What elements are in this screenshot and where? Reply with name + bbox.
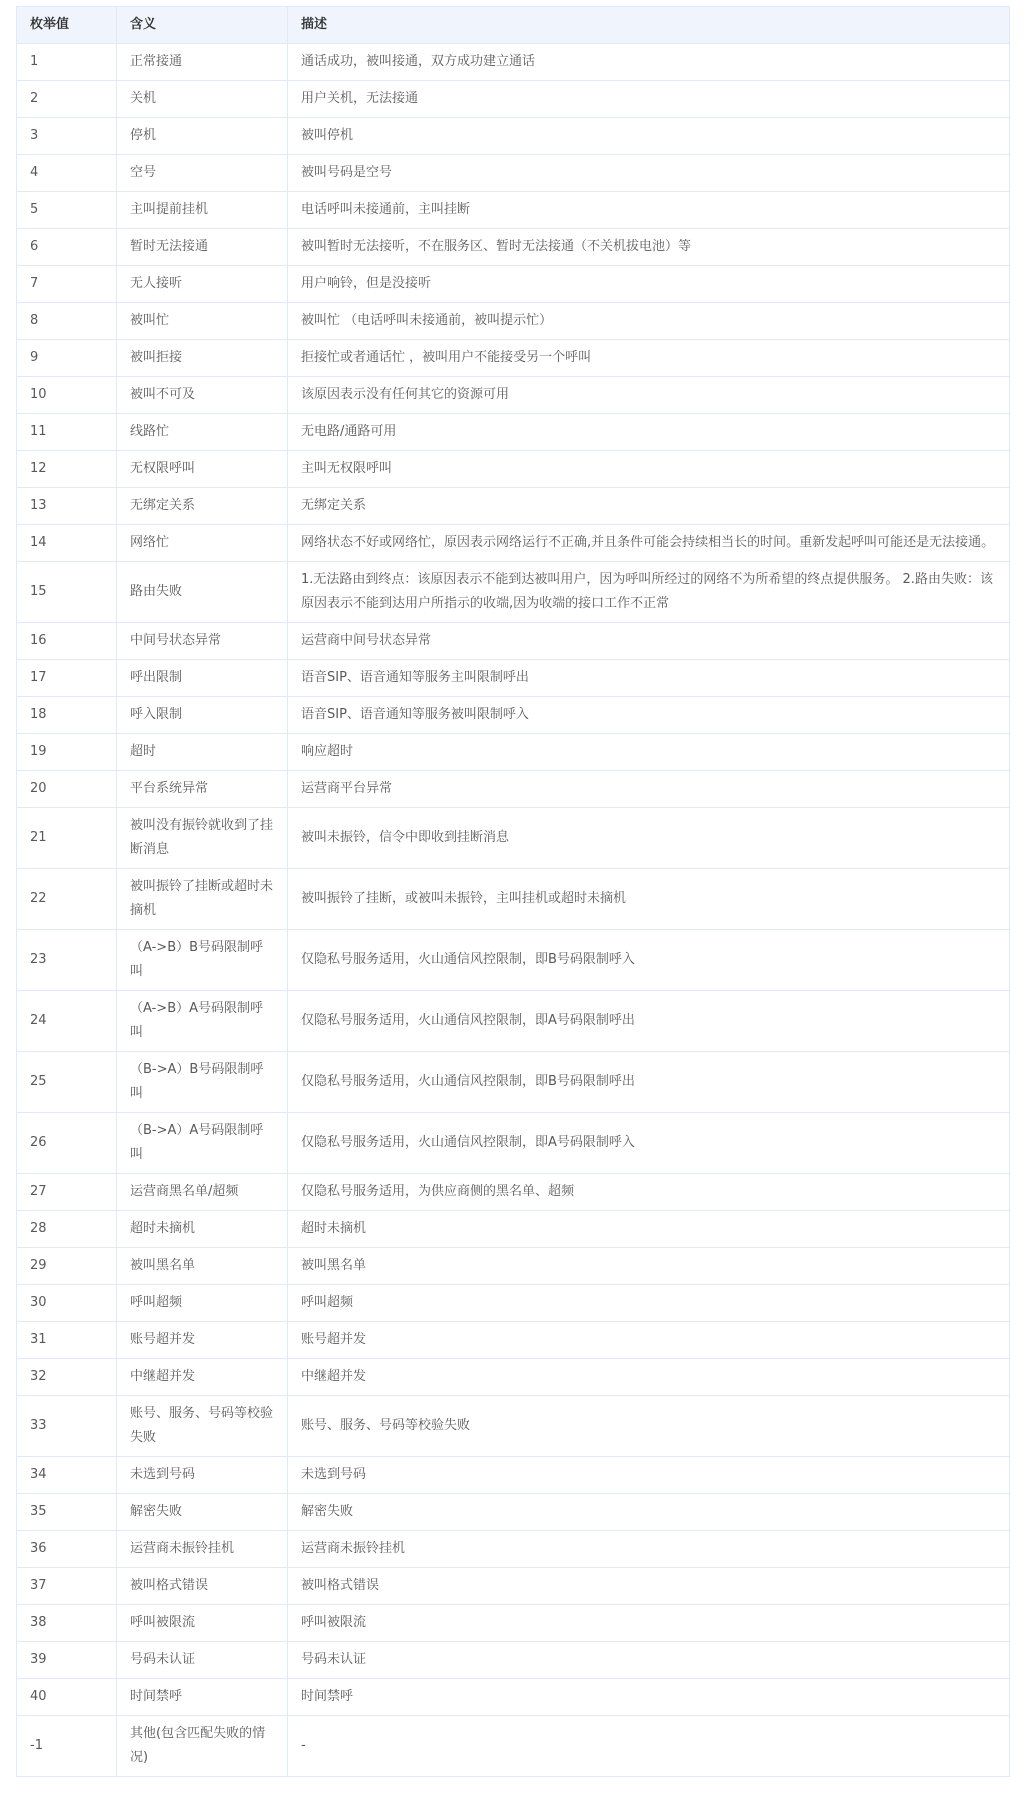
- cell-meaning: 时间禁呼: [117, 1679, 288, 1716]
- cell-enum-value: 37: [17, 1568, 117, 1605]
- cell-meaning: 呼入限制: [117, 697, 288, 734]
- table-row: 27运营商黑名单/超频仅隐私号服务适用，为供应商侧的黑名单、超频: [17, 1174, 1010, 1211]
- cell-enum-value: 40: [17, 1679, 117, 1716]
- table-row: 18呼入限制语音SIP、语音通知等服务被叫限制呼入: [17, 697, 1010, 734]
- cell-enum-value: 13: [17, 488, 117, 525]
- cell-enum-value: 5: [17, 192, 117, 229]
- table-row: 23（A->B）B号码限制呼叫仅隐私号服务适用，火山通信风控限制，即B号码限制呼…: [17, 930, 1010, 991]
- cell-enum-value: 21: [17, 808, 117, 869]
- cell-enum-value: 31: [17, 1322, 117, 1359]
- cell-meaning: 呼叫超频: [117, 1285, 288, 1322]
- cell-enum-value: 24: [17, 991, 117, 1052]
- cell-meaning: 账号超并发: [117, 1322, 288, 1359]
- table-row: 37被叫格式错误被叫格式错误: [17, 1568, 1010, 1605]
- call-result-enum-table: 枚举值 含义 描述 1正常接通通话成功，被叫接通，双方成功建立通话2关机用户关机…: [16, 6, 1010, 1777]
- cell-meaning: 被叫拒接: [117, 340, 288, 377]
- table-row: 21被叫没有振铃就收到了挂断消息被叫未振铃，信令中即收到挂断消息: [17, 808, 1010, 869]
- cell-enum-value: -1: [17, 1716, 117, 1777]
- table-row: 32中继超并发中继超并发: [17, 1359, 1010, 1396]
- cell-enum-value: 28: [17, 1211, 117, 1248]
- table-row: 14网络忙网络状态不好或网络忙，原因表示网络运行不正确,并且条件可能会持续相当长…: [17, 525, 1010, 562]
- cell-meaning: 空号: [117, 155, 288, 192]
- cell-description: 呼叫被限流: [288, 1605, 1010, 1642]
- table-row: 34未选到号码未选到号码: [17, 1457, 1010, 1494]
- cell-description: 运营商中间号状态异常: [288, 623, 1010, 660]
- cell-enum-value: 2: [17, 81, 117, 118]
- table-row: 1正常接通通话成功，被叫接通，双方成功建立通话: [17, 44, 1010, 81]
- cell-enum-value: 36: [17, 1531, 117, 1568]
- table-row: 39号码未认证号码未认证: [17, 1642, 1010, 1679]
- cell-description: 1.无法路由到终点：该原因表示不能到达被叫用户，因为呼叫所经过的网络不为所希望的…: [288, 562, 1010, 623]
- table-row: 29被叫黑名单被叫黑名单: [17, 1248, 1010, 1285]
- cell-description: 仅隐私号服务适用，火山通信风控限制，即B号码限制呼出: [288, 1052, 1010, 1113]
- cell-description: 号码未认证: [288, 1642, 1010, 1679]
- table-row: 40时间禁呼时间禁呼: [17, 1679, 1010, 1716]
- cell-meaning: 无权限呼叫: [117, 451, 288, 488]
- table-row: 7无人接听用户响铃，但是没接听: [17, 266, 1010, 303]
- header-row: 枚举值 含义 描述: [17, 7, 1010, 44]
- cell-enum-value: 17: [17, 660, 117, 697]
- table-row: 6暂时无法接通被叫暂时无法接听，不在服务区、暂时无法接通（不关机拔电池）等: [17, 229, 1010, 266]
- table-row: 38呼叫被限流呼叫被限流: [17, 1605, 1010, 1642]
- header-meaning: 含义: [117, 7, 288, 44]
- cell-meaning: 被叫格式错误: [117, 1568, 288, 1605]
- cell-description: 时间禁呼: [288, 1679, 1010, 1716]
- table-row: 16中间号状态异常运营商中间号状态异常: [17, 623, 1010, 660]
- cell-meaning: 线路忙: [117, 414, 288, 451]
- cell-description: 运营商未振铃挂机: [288, 1531, 1010, 1568]
- cell-description: 超时未摘机: [288, 1211, 1010, 1248]
- cell-enum-value: 3: [17, 118, 117, 155]
- cell-enum-value: 35: [17, 1494, 117, 1531]
- table-row: 33账号、服务、号码等校验失败账号、服务、号码等校验失败: [17, 1396, 1010, 1457]
- cell-meaning: 解密失败: [117, 1494, 288, 1531]
- cell-description: 无绑定关系: [288, 488, 1010, 525]
- cell-description: 运营商平台异常: [288, 771, 1010, 808]
- cell-description: 被叫黑名单: [288, 1248, 1010, 1285]
- cell-description: 用户响铃，但是没接听: [288, 266, 1010, 303]
- cell-description: 用户关机，无法接通: [288, 81, 1010, 118]
- cell-meaning: （A->B）A号码限制呼叫: [117, 991, 288, 1052]
- cell-description: 呼叫超频: [288, 1285, 1010, 1322]
- cell-description: 无电路/通路可用: [288, 414, 1010, 451]
- table-row: 19超时响应超时: [17, 734, 1010, 771]
- cell-description: 账号超并发: [288, 1322, 1010, 1359]
- cell-meaning: 路由失败: [117, 562, 288, 623]
- cell-meaning: 运营商黑名单/超频: [117, 1174, 288, 1211]
- cell-enum-value: 11: [17, 414, 117, 451]
- table-body: 1正常接通通话成功，被叫接通，双方成功建立通话2关机用户关机，无法接通3停机被叫…: [17, 44, 1010, 1777]
- cell-enum-value: 16: [17, 623, 117, 660]
- cell-meaning: 呼出限制: [117, 660, 288, 697]
- cell-description: 被叫未振铃，信令中即收到挂断消息: [288, 808, 1010, 869]
- cell-meaning: 被叫振铃了挂断或超时未摘机: [117, 869, 288, 930]
- cell-enum-value: 14: [17, 525, 117, 562]
- cell-description: 电话呼叫未接通前，主叫挂断: [288, 192, 1010, 229]
- cell-meaning: 网络忙: [117, 525, 288, 562]
- table-row: 5主叫提前挂机电话呼叫未接通前，主叫挂断: [17, 192, 1010, 229]
- table-row: 10被叫不可及该原因表示没有任何其它的资源可用: [17, 377, 1010, 414]
- cell-enum-value: 7: [17, 266, 117, 303]
- cell-enum-value: 25: [17, 1052, 117, 1113]
- cell-description: 账号、服务、号码等校验失败: [288, 1396, 1010, 1457]
- cell-description: 被叫暂时无法接听，不在服务区、暂时无法接通（不关机拔电池）等: [288, 229, 1010, 266]
- cell-meaning: 中间号状态异常: [117, 623, 288, 660]
- cell-description: 仅隐私号服务适用，火山通信风控限制，即B号码限制呼入: [288, 930, 1010, 991]
- cell-meaning: 主叫提前挂机: [117, 192, 288, 229]
- cell-description: 网络状态不好或网络忙，原因表示网络运行不正确,并且条件可能会持续相当长的时间。重…: [288, 525, 1010, 562]
- cell-enum-value: 9: [17, 340, 117, 377]
- cell-description: 解密失败: [288, 1494, 1010, 1531]
- cell-description: 语音SIP、语音通知等服务被叫限制呼入: [288, 697, 1010, 734]
- cell-meaning: 被叫忙: [117, 303, 288, 340]
- table-row: 8被叫忙被叫忙 （电话呼叫未接通前，被叫提示忙）: [17, 303, 1010, 340]
- cell-enum-value: 6: [17, 229, 117, 266]
- table-row: 26（B->A）A号码限制呼叫仅隐私号服务适用，火山通信风控限制，即A号码限制呼…: [17, 1113, 1010, 1174]
- table-row: 4空号被叫号码是空号: [17, 155, 1010, 192]
- cell-meaning: 被叫黑名单: [117, 1248, 288, 1285]
- cell-enum-value: 4: [17, 155, 117, 192]
- cell-meaning: 超时: [117, 734, 288, 771]
- table-row: 3停机被叫停机: [17, 118, 1010, 155]
- cell-meaning: 被叫没有振铃就收到了挂断消息: [117, 808, 288, 869]
- table-row: 20平台系统异常运营商平台异常: [17, 771, 1010, 808]
- cell-meaning: 暂时无法接通: [117, 229, 288, 266]
- cell-enum-value: 10: [17, 377, 117, 414]
- table-row: 22被叫振铃了挂断或超时未摘机被叫振铃了挂断，或被叫未振铃，主叫挂机或超时未摘机: [17, 869, 1010, 930]
- cell-meaning: 运营商未振铃挂机: [117, 1531, 288, 1568]
- table-row: 31账号超并发账号超并发: [17, 1322, 1010, 1359]
- table-row: 30呼叫超频呼叫超频: [17, 1285, 1010, 1322]
- table-row: 9被叫拒接拒接忙或者通话忙 ，被叫用户不能接受另一个呼叫: [17, 340, 1010, 377]
- header-description: 描述: [288, 7, 1010, 44]
- cell-meaning: 其他(包含匹配失败的情况): [117, 1716, 288, 1777]
- cell-meaning: （A->B）B号码限制呼叫: [117, 930, 288, 991]
- cell-description: 主叫无权限呼叫: [288, 451, 1010, 488]
- cell-description: 该原因表示没有任何其它的资源可用: [288, 377, 1010, 414]
- cell-meaning: 停机: [117, 118, 288, 155]
- cell-description: 被叫停机: [288, 118, 1010, 155]
- cell-meaning: 未选到号码: [117, 1457, 288, 1494]
- cell-description: -: [288, 1716, 1010, 1777]
- table-row: 17呼出限制语音SIP、语音通知等服务主叫限制呼出: [17, 660, 1010, 697]
- cell-enum-value: 29: [17, 1248, 117, 1285]
- cell-meaning: 无绑定关系: [117, 488, 288, 525]
- cell-enum-value: 20: [17, 771, 117, 808]
- table-row: 35解密失败解密失败: [17, 1494, 1010, 1531]
- cell-description: 语音SIP、语音通知等服务主叫限制呼出: [288, 660, 1010, 697]
- cell-description: 仅隐私号服务适用，火山通信风控限制，即A号码限制呼出: [288, 991, 1010, 1052]
- cell-enum-value: 27: [17, 1174, 117, 1211]
- cell-description: 通话成功，被叫接通，双方成功建立通话: [288, 44, 1010, 81]
- cell-enum-value: 30: [17, 1285, 117, 1322]
- table-row: 28超时未摘机超时未摘机: [17, 1211, 1010, 1248]
- cell-meaning: 账号、服务、号码等校验失败: [117, 1396, 288, 1457]
- cell-enum-value: 12: [17, 451, 117, 488]
- table-header: 枚举值 含义 描述: [17, 7, 1010, 44]
- table-row: 2关机用户关机，无法接通: [17, 81, 1010, 118]
- table-row: 11线路忙无电路/通路可用: [17, 414, 1010, 451]
- cell-meaning: 中继超并发: [117, 1359, 288, 1396]
- cell-enum-value: 22: [17, 869, 117, 930]
- table-row: 36运营商未振铃挂机运营商未振铃挂机: [17, 1531, 1010, 1568]
- cell-enum-value: 38: [17, 1605, 117, 1642]
- table-row: 12无权限呼叫主叫无权限呼叫: [17, 451, 1010, 488]
- cell-meaning: 平台系统异常: [117, 771, 288, 808]
- cell-enum-value: 39: [17, 1642, 117, 1679]
- cell-meaning: （B->A）A号码限制呼叫: [117, 1113, 288, 1174]
- enum-table-container: 枚举值 含义 描述 1正常接通通话成功，被叫接通，双方成功建立通话2关机用户关机…: [16, 6, 1009, 1777]
- cell-enum-value: 32: [17, 1359, 117, 1396]
- cell-enum-value: 33: [17, 1396, 117, 1457]
- table-row: 15路由失败1.无法路由到终点：该原因表示不能到达被叫用户，因为呼叫所经过的网络…: [17, 562, 1010, 623]
- table-row: -1其他(包含匹配失败的情况)-: [17, 1716, 1010, 1777]
- cell-enum-value: 8: [17, 303, 117, 340]
- cell-meaning: 无人接听: [117, 266, 288, 303]
- cell-meaning: 关机: [117, 81, 288, 118]
- cell-meaning: 被叫不可及: [117, 377, 288, 414]
- cell-meaning: 呼叫被限流: [117, 1605, 288, 1642]
- cell-description: 被叫忙 （电话呼叫未接通前，被叫提示忙）: [288, 303, 1010, 340]
- cell-meaning: （B->A）B号码限制呼叫: [117, 1052, 288, 1113]
- cell-enum-value: 15: [17, 562, 117, 623]
- cell-meaning: 号码未认证: [117, 1642, 288, 1679]
- cell-enum-value: 34: [17, 1457, 117, 1494]
- cell-meaning: 正常接通: [117, 44, 288, 81]
- cell-description: 拒接忙或者通话忙 ，被叫用户不能接受另一个呼叫: [288, 340, 1010, 377]
- cell-description: 仅隐私号服务适用，火山通信风控限制，即A号码限制呼入: [288, 1113, 1010, 1174]
- cell-enum-value: 18: [17, 697, 117, 734]
- table-row: 24（A->B）A号码限制呼叫仅隐私号服务适用，火山通信风控限制，即A号码限制呼…: [17, 991, 1010, 1052]
- table-row: 25（B->A）B号码限制呼叫仅隐私号服务适用，火山通信风控限制，即B号码限制呼…: [17, 1052, 1010, 1113]
- cell-description: 仅隐私号服务适用，为供应商侧的黑名单、超频: [288, 1174, 1010, 1211]
- cell-enum-value: 26: [17, 1113, 117, 1174]
- table-row: 13无绑定关系无绑定关系: [17, 488, 1010, 525]
- header-enum-value: 枚举值: [17, 7, 117, 44]
- cell-enum-value: 23: [17, 930, 117, 991]
- cell-description: 被叫号码是空号: [288, 155, 1010, 192]
- cell-description: 被叫格式错误: [288, 1568, 1010, 1605]
- cell-description: 响应超时: [288, 734, 1010, 771]
- cell-description: 未选到号码: [288, 1457, 1010, 1494]
- cell-enum-value: 19: [17, 734, 117, 771]
- cell-description: 被叫振铃了挂断，或被叫未振铃，主叫挂机或超时未摘机: [288, 869, 1010, 930]
- cell-meaning: 超时未摘机: [117, 1211, 288, 1248]
- cell-enum-value: 1: [17, 44, 117, 81]
- cell-description: 中继超并发: [288, 1359, 1010, 1396]
